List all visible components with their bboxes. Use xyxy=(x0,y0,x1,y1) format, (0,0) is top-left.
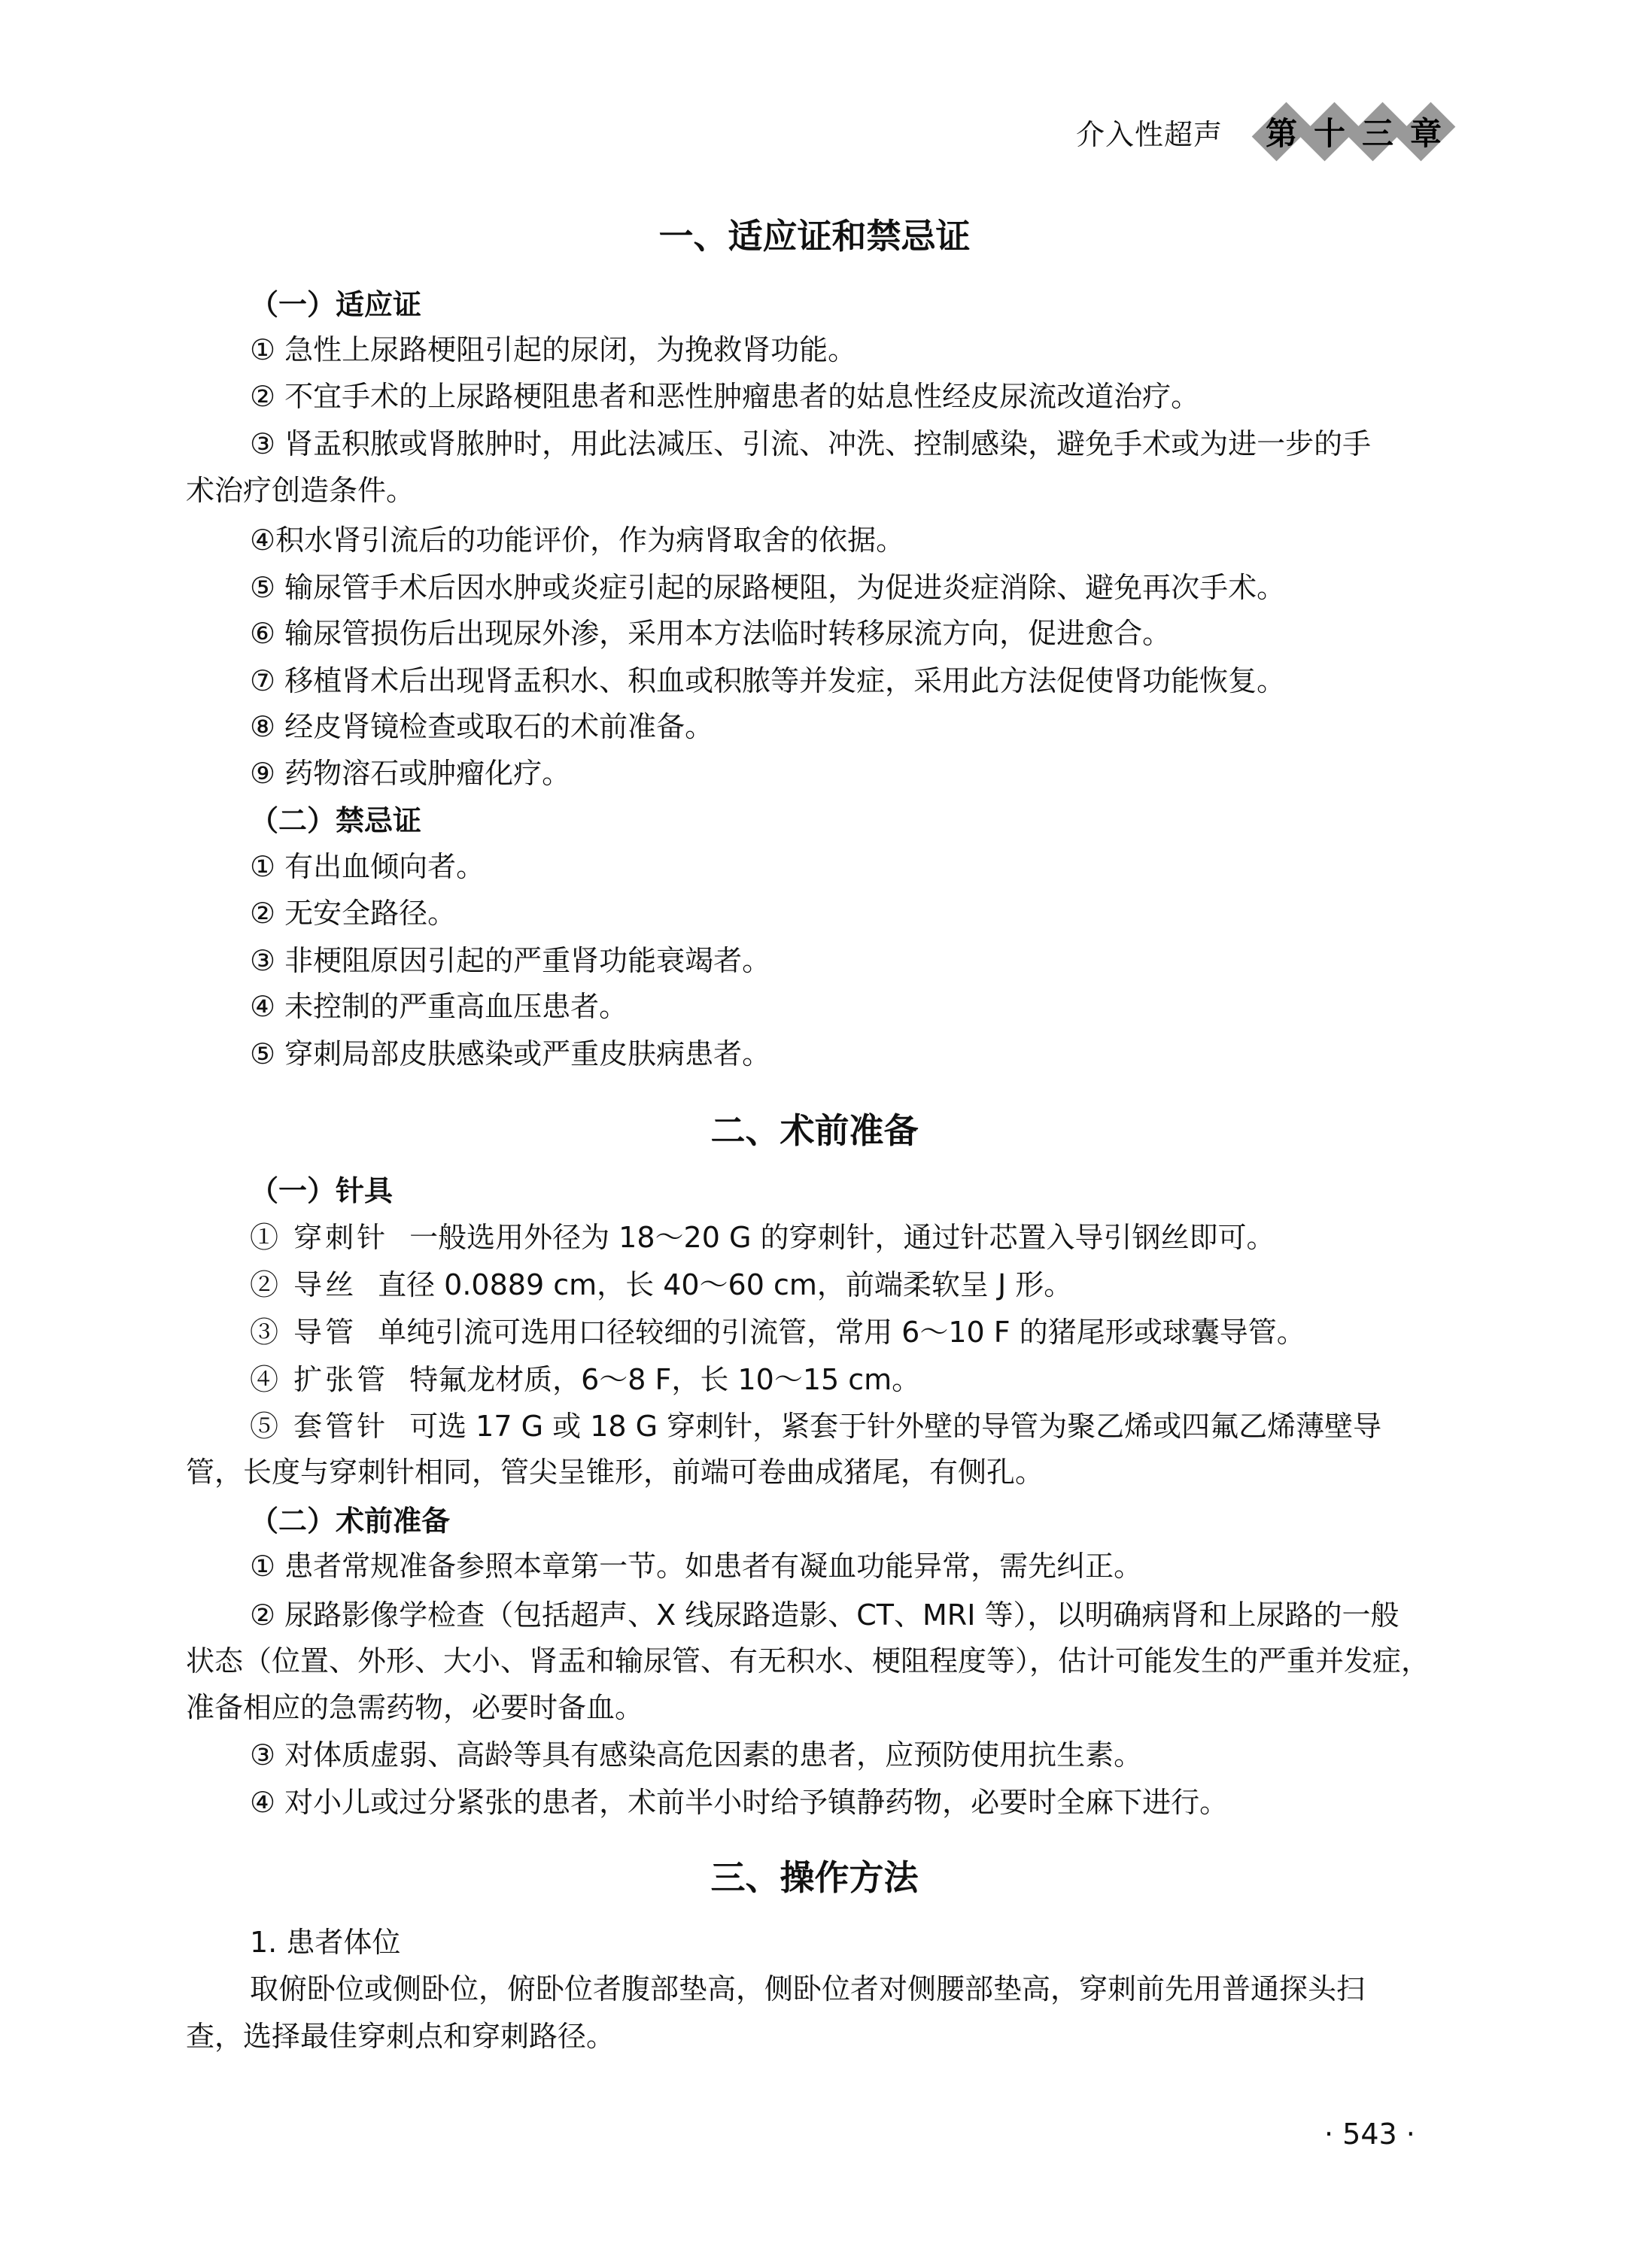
subsection-heading: 1. 患者体位 xyxy=(250,1923,400,1961)
list-item: ② 不宜手术的上尿路梗阻患者和恶性肿瘤患者的姑息性经皮尿流改道治疗。 xyxy=(250,378,1199,415)
list-item: ④ 未控制的严重高血压患者。 xyxy=(250,988,628,1025)
term: ④ 扩张管 xyxy=(250,1363,388,1396)
list-item-continuation: 管，长度与穿刺针相同，管尖呈锥形，前端可卷曲成猪尾，有侧孔。 xyxy=(186,1453,1044,1491)
paragraph-continuation: 查，选择最佳穿刺点和穿刺路径。 xyxy=(186,2018,615,2055)
list-item: ② 无安全路径。 xyxy=(250,894,456,932)
subsection-heading: （一）针具 xyxy=(250,1172,393,1210)
list-item: ⑤ 输尿管手术后因水肿或炎症引起的尿路梗阻，为促进炎症消除、避免再次手术。 xyxy=(250,569,1285,606)
subsection-heading: （二）术前准备 xyxy=(250,1502,450,1540)
list-item: ① 有出血倾向者。 xyxy=(250,848,485,885)
running-head: 介入性超声 第 十 三 章 xyxy=(1076,105,1449,158)
list-item: ⑥ 输尿管损伤后出现尿外渗，采用本方法临时转移尿流方向，促进愈合。 xyxy=(250,615,1171,652)
list-item: ③ 对体质虚弱、高龄等具有感染高危因素的患者，应预防使用抗生素。 xyxy=(250,1736,1142,1774)
subsection-heading: （一）适应证 xyxy=(250,286,421,323)
subsection-heading: （二）禁忌证 xyxy=(250,802,421,839)
list-item: ⑤ 套管针可选 17 G 或 18 G 穿刺针，紧套于针外壁的导管为聚乙烯或四氟… xyxy=(250,1407,1381,1445)
list-item-continuation: 状态（位置、外形、大小、肾盂和输尿管、有无积水、梗阻程度等），估计可能发生的严重… xyxy=(186,1642,1430,1680)
list-item: ② 导丝直径 0.0889 cm，长 40～60 cm，前端柔软呈 J 形。 xyxy=(250,1266,1072,1304)
section-heading: 二、术前准备 xyxy=(0,1104,1629,1153)
term: ③ 导管 xyxy=(250,1316,357,1349)
page-number: · 543 · xyxy=(1324,2118,1415,2151)
section-heading: 一、适应证和禁忌证 xyxy=(0,209,1629,259)
list-item-continuation: 术治疗创造条件。 xyxy=(186,472,415,509)
chapter-diamond: 章 xyxy=(1401,107,1451,156)
list-item: ① 患者常规准备参照本章第一节。如患者有凝血功能异常，需先纠正。 xyxy=(250,1547,1142,1585)
section-heading: 三、操作方法 xyxy=(0,1851,1629,1900)
list-item: ⑦ 移植肾术后出现肾盂积水、积血或积脓等并发症，采用此方法促使肾功能恢复。 xyxy=(250,662,1285,700)
list-item: ④积水肾引流后的功能评价，作为病肾取舍的依据。 xyxy=(250,521,904,559)
chapter-diamond: 十 xyxy=(1305,107,1354,156)
term: ① 穿刺针 xyxy=(250,1221,388,1254)
term: ② 导丝 xyxy=(250,1268,357,1301)
chapter-diamond: 三 xyxy=(1353,107,1403,156)
list-item: ③ 非梗阻原因引起的严重肾功能衰竭者。 xyxy=(250,942,770,979)
list-item: ③ 导管单纯引流可选用口径较细的引流管，常用 6～10 F 的猪尾形或球囊导管。 xyxy=(250,1313,1305,1351)
list-item: ② 尿路影像学检查（包括超声、X 线尿路造影、CT、MRI 等），以明确病肾和上… xyxy=(250,1596,1399,1634)
list-item: ① 急性上尿路梗阻引起的尿闭，为挽救肾功能。 xyxy=(250,331,856,369)
list-item: ④ 对小儿或过分紧张的患者，术前半小时给予镇静药物，必要时全麻下进行。 xyxy=(250,1784,1228,1821)
list-item: ⑨ 药物溶石或肿瘤化疗。 xyxy=(250,754,570,792)
list-item: ① 穿刺针一般选用外径为 18～20 G 的穿刺针，通过针芯置入导引钢丝即可。 xyxy=(250,1219,1275,1256)
list-item-continuation: 准备相应的急需药物，必要时备血。 xyxy=(186,1689,643,1726)
paragraph: 取俯卧位或侧卧位，俯卧位者腹部垫高，侧卧位者对侧腰部垫高，穿刺前先用普通探头扫 xyxy=(250,1970,1365,2008)
list-item: ④ 扩张管特氟龙材质，6～8 F，长 10～15 cm。 xyxy=(250,1361,920,1398)
list-item: ⑤ 穿刺局部皮肤感染或严重皮肤病患者。 xyxy=(250,1035,770,1073)
chapter-badge: 第 十 三 章 xyxy=(1257,107,1449,156)
chapter-diamond: 第 xyxy=(1257,107,1306,156)
book-section-title: 介入性超声 xyxy=(1076,111,1223,153)
list-item: ⑧ 经皮肾镜检查或取石的术前准备。 xyxy=(250,708,713,745)
list-item: ③ 肾盂积脓或肾脓肿时，用此法减压、引流、冲洗、控制感染，避免手术或为进一步的手 xyxy=(250,425,1371,463)
term: ⑤ 套管针 xyxy=(250,1410,388,1443)
